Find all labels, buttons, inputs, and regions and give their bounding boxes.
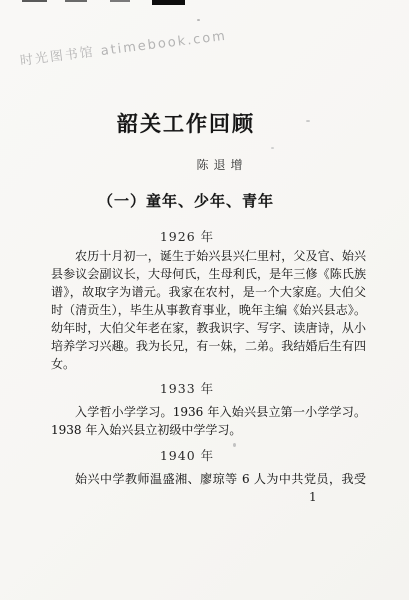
- text-line: 培养学习兴趣。我为长兄，有一妹，二弟。我结婚后生有四: [51, 337, 366, 355]
- text-line: 幼年时，大伯父年老在家，教我识字、写字、读唐诗，从小: [51, 319, 366, 337]
- text-line: 县参议会副议长，大母何氏，生母利氏，是年三修《陈氏族: [51, 265, 366, 283]
- text-line: 入学哲小学学习。1936 年入始兴县立第一小学学习。: [51, 403, 366, 421]
- page-number: 1: [309, 490, 317, 504]
- year-heading-1940: 1940 年: [8, 445, 366, 464]
- scan-artifact-bar: [152, 0, 185, 5]
- scan-artifact-bar: [22, 0, 47, 2]
- scan-artifact-bar: [65, 0, 87, 2]
- year-label: 1926 年: [160, 229, 214, 244]
- text-line: 1938 年入始兴县立初级中学学习。: [51, 421, 366, 439]
- watermark: 时光图书馆 atimebook.com: [19, 25, 228, 69]
- scanned-page: 时光图书馆 atimebook.com 韶关工作回顾 陈退增 （一）童年、少年、…: [0, 0, 409, 600]
- year-label: 1940 年: [160, 448, 214, 463]
- paragraph-1940: 始兴中学教师温盛湘、廖琼等 6 人为中共党员，我受他: [51, 470, 366, 488]
- text-line: 谱》，故取字为谱元。我家在农村，是一个大家庭。大伯父及: [51, 283, 366, 301]
- page-title: 韶关工作回顾: [10, 108, 362, 138]
- text-line: 始兴中学教师温盛湘、廖琼等 6 人为中共党员，我受他: [51, 470, 366, 488]
- scan-artifact-bar: [110, 0, 130, 2]
- year-heading-1933: 1933 年: [8, 378, 366, 397]
- paragraph-1933: 入学哲小学学习。1936 年入始兴县立第一小学学习。 1938 年入始兴县立初级…: [51, 403, 366, 439]
- text-line: 时（清贡生），毕生从事教育事业，晚年主编《始兴县志》。我: [51, 301, 366, 319]
- scan-speck: [271, 147, 274, 149]
- year-label: 1933 年: [160, 381, 214, 396]
- text-line: 女。: [51, 355, 366, 373]
- paragraph-1926: 农历十月初一，诞生于始兴县兴仁里村，父及官、始兴 县参议会副议长，大母何氏，生母…: [51, 247, 366, 373]
- scan-speck: [197, 19, 200, 21]
- section-heading: （一）童年、少年、青年: [10, 190, 362, 211]
- year-heading-1926: 1926 年: [8, 226, 366, 245]
- author-name: 陈退增: [46, 156, 398, 173]
- text-line: 农历十月初一，诞生于始兴县兴仁里村，父及官、始兴: [51, 247, 366, 265]
